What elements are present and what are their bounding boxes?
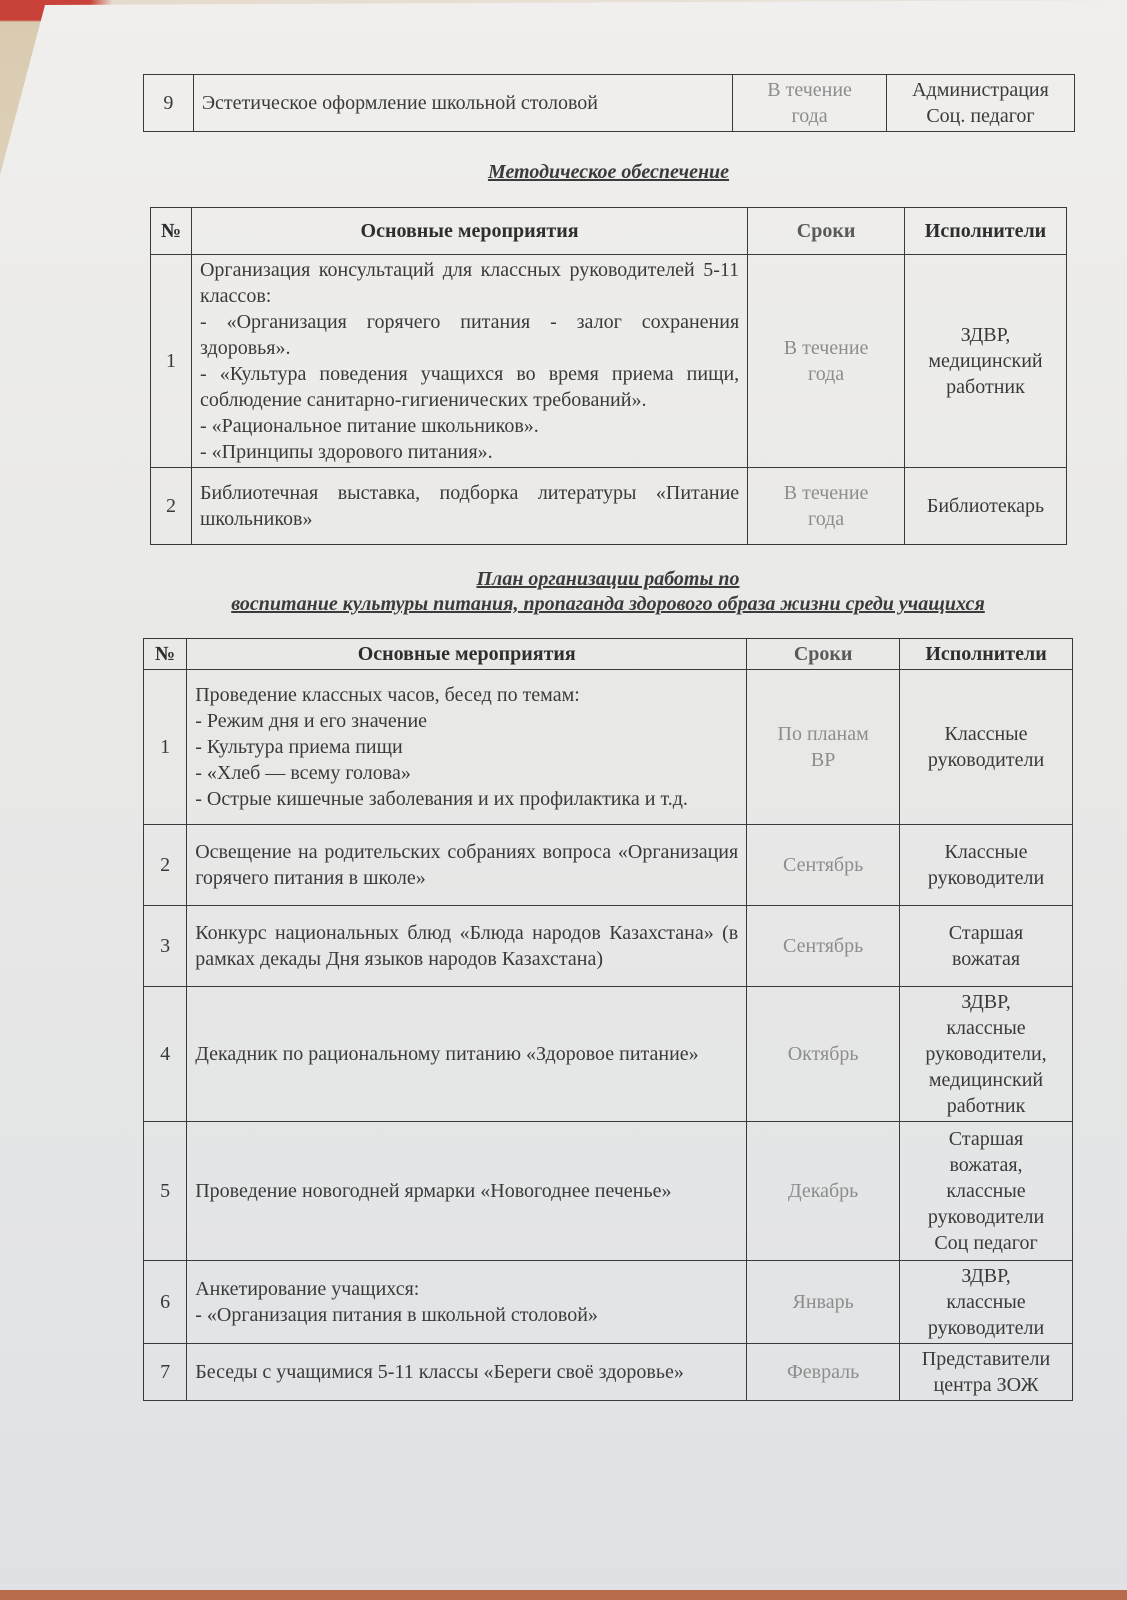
row-term-line: года <box>741 103 878 129</box>
row-term-line: Сентябрь <box>755 933 891 959</box>
row-number: 1 <box>144 670 187 825</box>
row-task: Беседы с учащимися 5-11 классы «Береги с… <box>187 1344 747 1401</box>
row-number-line: 2 <box>157 493 185 519</box>
row-task-line: Беседы с учащимися 5-11 классы «Береги с… <box>195 1359 738 1385</box>
row-task-line: Освещение на родительских собраниях вопр… <box>195 839 738 891</box>
row-task-line: - Культура приема пищи <box>195 734 738 760</box>
row-term-line: В течение <box>756 480 896 506</box>
row-term-line: Декабрь <box>755 1178 891 1204</box>
row-number-line: 6 <box>150 1289 180 1315</box>
table-row: 9Эстетическое оформление школьной столов… <box>144 75 1075 132</box>
row-executors: ЗДВР,медицинскийработник <box>905 255 1067 468</box>
top-table-body: 9Эстетическое оформление школьной столов… <box>144 75 1075 132</box>
row-task-line: Анкетирование учащихся: <box>195 1276 738 1302</box>
row-term-line: Октябрь <box>755 1041 891 1067</box>
table-row: 7Беседы с учащимися 5-11 классы «Береги … <box>144 1344 1073 1401</box>
row-term: В течениегода <box>733 75 887 132</box>
row-executors-line: вожатая, <box>908 1152 1064 1178</box>
row-term: В течениегода <box>748 255 905 468</box>
column-header-executors: Исполнители <box>900 639 1073 670</box>
row-executors-line: Администрация <box>895 77 1066 103</box>
row-executors-line: Старшая <box>908 1126 1064 1152</box>
row-executors: Классныеруководители <box>900 825 1073 906</box>
row-task-line: - «Рациональное питание школьников». <box>200 413 739 439</box>
row-term-line: В течение <box>756 335 896 361</box>
row-number: 9 <box>144 75 194 132</box>
plan-heading-line-1: План организации работы по <box>143 565 1073 593</box>
row-task-line: - «Культура поведения учащихся во время … <box>200 361 739 413</box>
row-executors-line: руководители <box>908 865 1064 891</box>
row-task-line: - Режим дня и его значение <box>195 708 738 734</box>
row-task-line: - «Организация горячего питания - залог … <box>200 309 739 361</box>
row-executors-line: центра ЗОЖ <box>908 1372 1064 1398</box>
column-header-task: Основные мероприятия <box>191 208 747 255</box>
row-executors-line: медицинский <box>913 348 1058 374</box>
row-number-line: 1 <box>157 348 185 374</box>
row-executors-line: Библиотекарь <box>913 493 1058 519</box>
row-term: Октябрь <box>747 987 900 1122</box>
table-row: 6Анкетирование учащихся:- «Организация п… <box>144 1261 1073 1344</box>
row-number-line: 9 <box>150 90 187 116</box>
row-number: 1 <box>151 255 192 468</box>
row-task-line: Декадник по рациональному питанию «Здоро… <box>195 1041 738 1067</box>
row-executors-line: руководители <box>908 747 1064 773</box>
plan-heading-line-2: воспитание культуры питания, пропаганда … <box>143 590 1073 618</box>
row-task: Проведение классных часов, бесед по тема… <box>187 670 747 825</box>
row-executors-line: Соц. педагог <box>895 103 1066 129</box>
column-header-term: Сроки <box>747 639 900 670</box>
row-executors-line: руководители <box>908 1315 1064 1341</box>
row-number-line: 5 <box>150 1178 180 1204</box>
row-task-line: - Острые кишечные заболевания и их профи… <box>195 786 738 812</box>
row-executors: Старшаявожатая <box>900 906 1073 987</box>
row-number: 2 <box>151 468 192 545</box>
row-term-line: По планам <box>755 721 891 747</box>
row-executors-line: ЗДВР, <box>908 989 1064 1015</box>
row-executors-line: Классные <box>908 721 1064 747</box>
column-header-term: Сроки <box>748 208 905 255</box>
table-row: 4Декадник по рациональному питанию «Здор… <box>144 987 1073 1122</box>
row-executors-line: классные <box>908 1015 1064 1041</box>
methodical-table-body: 1Организация консультаций для классных р… <box>151 255 1067 545</box>
table-row: 3Конкурс национальных блюд «Блюда народо… <box>144 906 1073 987</box>
row-term: Январь <box>747 1261 900 1344</box>
row-term: В течениегода <box>748 468 905 545</box>
table-header-row: № Основные мероприятия Сроки Исполнители <box>144 639 1073 670</box>
row-term: Сентябрь <box>747 906 900 987</box>
row-number-line: 3 <box>150 933 180 959</box>
row-task: Декадник по рациональному питанию «Здоро… <box>187 987 747 1122</box>
row-executors-line: Старшая <box>908 920 1064 946</box>
row-executors-line: руководители <box>908 1204 1064 1230</box>
row-task-line: Конкурс национальных блюд «Блюда народов… <box>195 920 738 972</box>
row-task-line: Организация консультаций для классных ру… <box>200 257 739 309</box>
column-header-num: № <box>144 639 187 670</box>
row-executors: Классныеруководители <box>900 670 1073 825</box>
row-task-line: Библиотечная выставка, подборка литерату… <box>200 480 739 532</box>
row-task: Проведение новогодней ярмарки «Новогодне… <box>187 1122 747 1261</box>
row-term-line: Январь <box>755 1289 891 1315</box>
row-term-line: Сентябрь <box>755 852 891 878</box>
row-executors-line: работник <box>908 1093 1064 1119</box>
row-term-line: ВР <box>755 747 891 773</box>
row-executors: Представителицентра ЗОЖ <box>900 1344 1073 1401</box>
row-executors-line: работник <box>913 374 1058 400</box>
row-executors-line: классные <box>908 1178 1064 1204</box>
methodical-heading: Методическое обеспечение <box>150 158 1067 186</box>
table-row: 2Библиотечная выставка, подборка литерат… <box>151 468 1067 545</box>
row-executors-line: Представители <box>908 1346 1064 1372</box>
plan-table-body: 1Проведение классных часов, бесед по тем… <box>144 670 1073 1401</box>
row-task-line: - «Принципы здорового питания». <box>200 439 739 465</box>
row-task-line: Эстетическое оформление школьной столово… <box>202 90 724 116</box>
table-row: 5Проведение новогодней ярмарки «Новогодн… <box>144 1122 1073 1261</box>
row-number-line: 2 <box>150 852 180 878</box>
plan-table: № Основные мероприятия Сроки Исполнители… <box>143 638 1073 1401</box>
row-task: Анкетирование учащихся:- «Организация пи… <box>187 1261 747 1344</box>
row-term: Декабрь <box>747 1122 900 1261</box>
row-number: 7 <box>144 1344 187 1401</box>
row-term-line: года <box>756 506 896 532</box>
row-executors-line: вожатая <box>908 946 1064 972</box>
row-number: 4 <box>144 987 187 1122</box>
row-executors: ЗДВР,классныеруководители <box>900 1261 1073 1344</box>
column-header-task: Основные мероприятия <box>187 639 747 670</box>
row-number-line: 7 <box>150 1359 180 1385</box>
row-task: Библиотечная выставка, подборка литерату… <box>191 468 747 545</box>
row-executors-line: руководители, <box>908 1041 1064 1067</box>
table-row: 2Освещение на родительских собраниях воп… <box>144 825 1073 906</box>
row-term-line: года <box>756 361 896 387</box>
row-term-line: В течение <box>741 77 878 103</box>
column-header-executors: Исполнители <box>905 208 1067 255</box>
row-executors-line: медицинский <box>908 1067 1064 1093</box>
previous-table-continuation: 9Эстетическое оформление школьной столов… <box>143 74 1075 132</box>
row-number: 3 <box>144 906 187 987</box>
row-term-line: Февраль <box>755 1359 891 1385</box>
row-term: Февраль <box>747 1344 900 1401</box>
row-task-line: - «Хлеб — всему голова» <box>195 760 738 786</box>
row-task-line: Проведение новогодней ярмарки «Новогодне… <box>195 1178 738 1204</box>
row-number-line: 1 <box>150 734 180 760</box>
row-term: По планамВР <box>747 670 900 825</box>
row-number-line: 4 <box>150 1041 180 1067</box>
row-executors-line: Соц педагог <box>908 1230 1064 1256</box>
row-executors: Библиотекарь <box>905 468 1067 545</box>
row-executors: АдминистрацияСоц. педагог <box>886 75 1074 132</box>
row-number: 5 <box>144 1122 187 1261</box>
table-row: 1Организация консультаций для классных р… <box>151 255 1067 468</box>
row-executors: ЗДВР,классныеруководители,медицинскийраб… <box>900 987 1073 1122</box>
row-task: Конкурс национальных блюд «Блюда народов… <box>187 906 747 987</box>
row-task: Эстетическое оформление школьной столово… <box>193 75 732 132</box>
row-task-line: Проведение классных часов, бесед по тема… <box>195 682 738 708</box>
row-number: 2 <box>144 825 187 906</box>
column-header-num: № <box>151 208 192 255</box>
row-term: Сентябрь <box>747 825 900 906</box>
row-executors-line: классные <box>908 1289 1064 1315</box>
table-header-row: № Основные мероприятия Сроки Исполнители <box>151 208 1067 255</box>
row-executors-line: ЗДВР, <box>908 1263 1064 1289</box>
table-row: 1Проведение классных часов, бесед по тем… <box>144 670 1073 825</box>
row-task: Освещение на родительских собраниях вопр… <box>187 825 747 906</box>
row-executors-line: Классные <box>908 839 1064 865</box>
row-task-line: - «Организация питания в школьной столов… <box>195 1302 738 1328</box>
row-number: 6 <box>144 1261 187 1344</box>
row-executors: Старшаявожатая,классныеруководителиСоц п… <box>900 1122 1073 1261</box>
row-executors-line: ЗДВР, <box>913 322 1058 348</box>
methodical-table: № Основные мероприятия Сроки Исполнители… <box>150 207 1067 545</box>
row-task: Организация консультаций для классных ру… <box>191 255 747 468</box>
